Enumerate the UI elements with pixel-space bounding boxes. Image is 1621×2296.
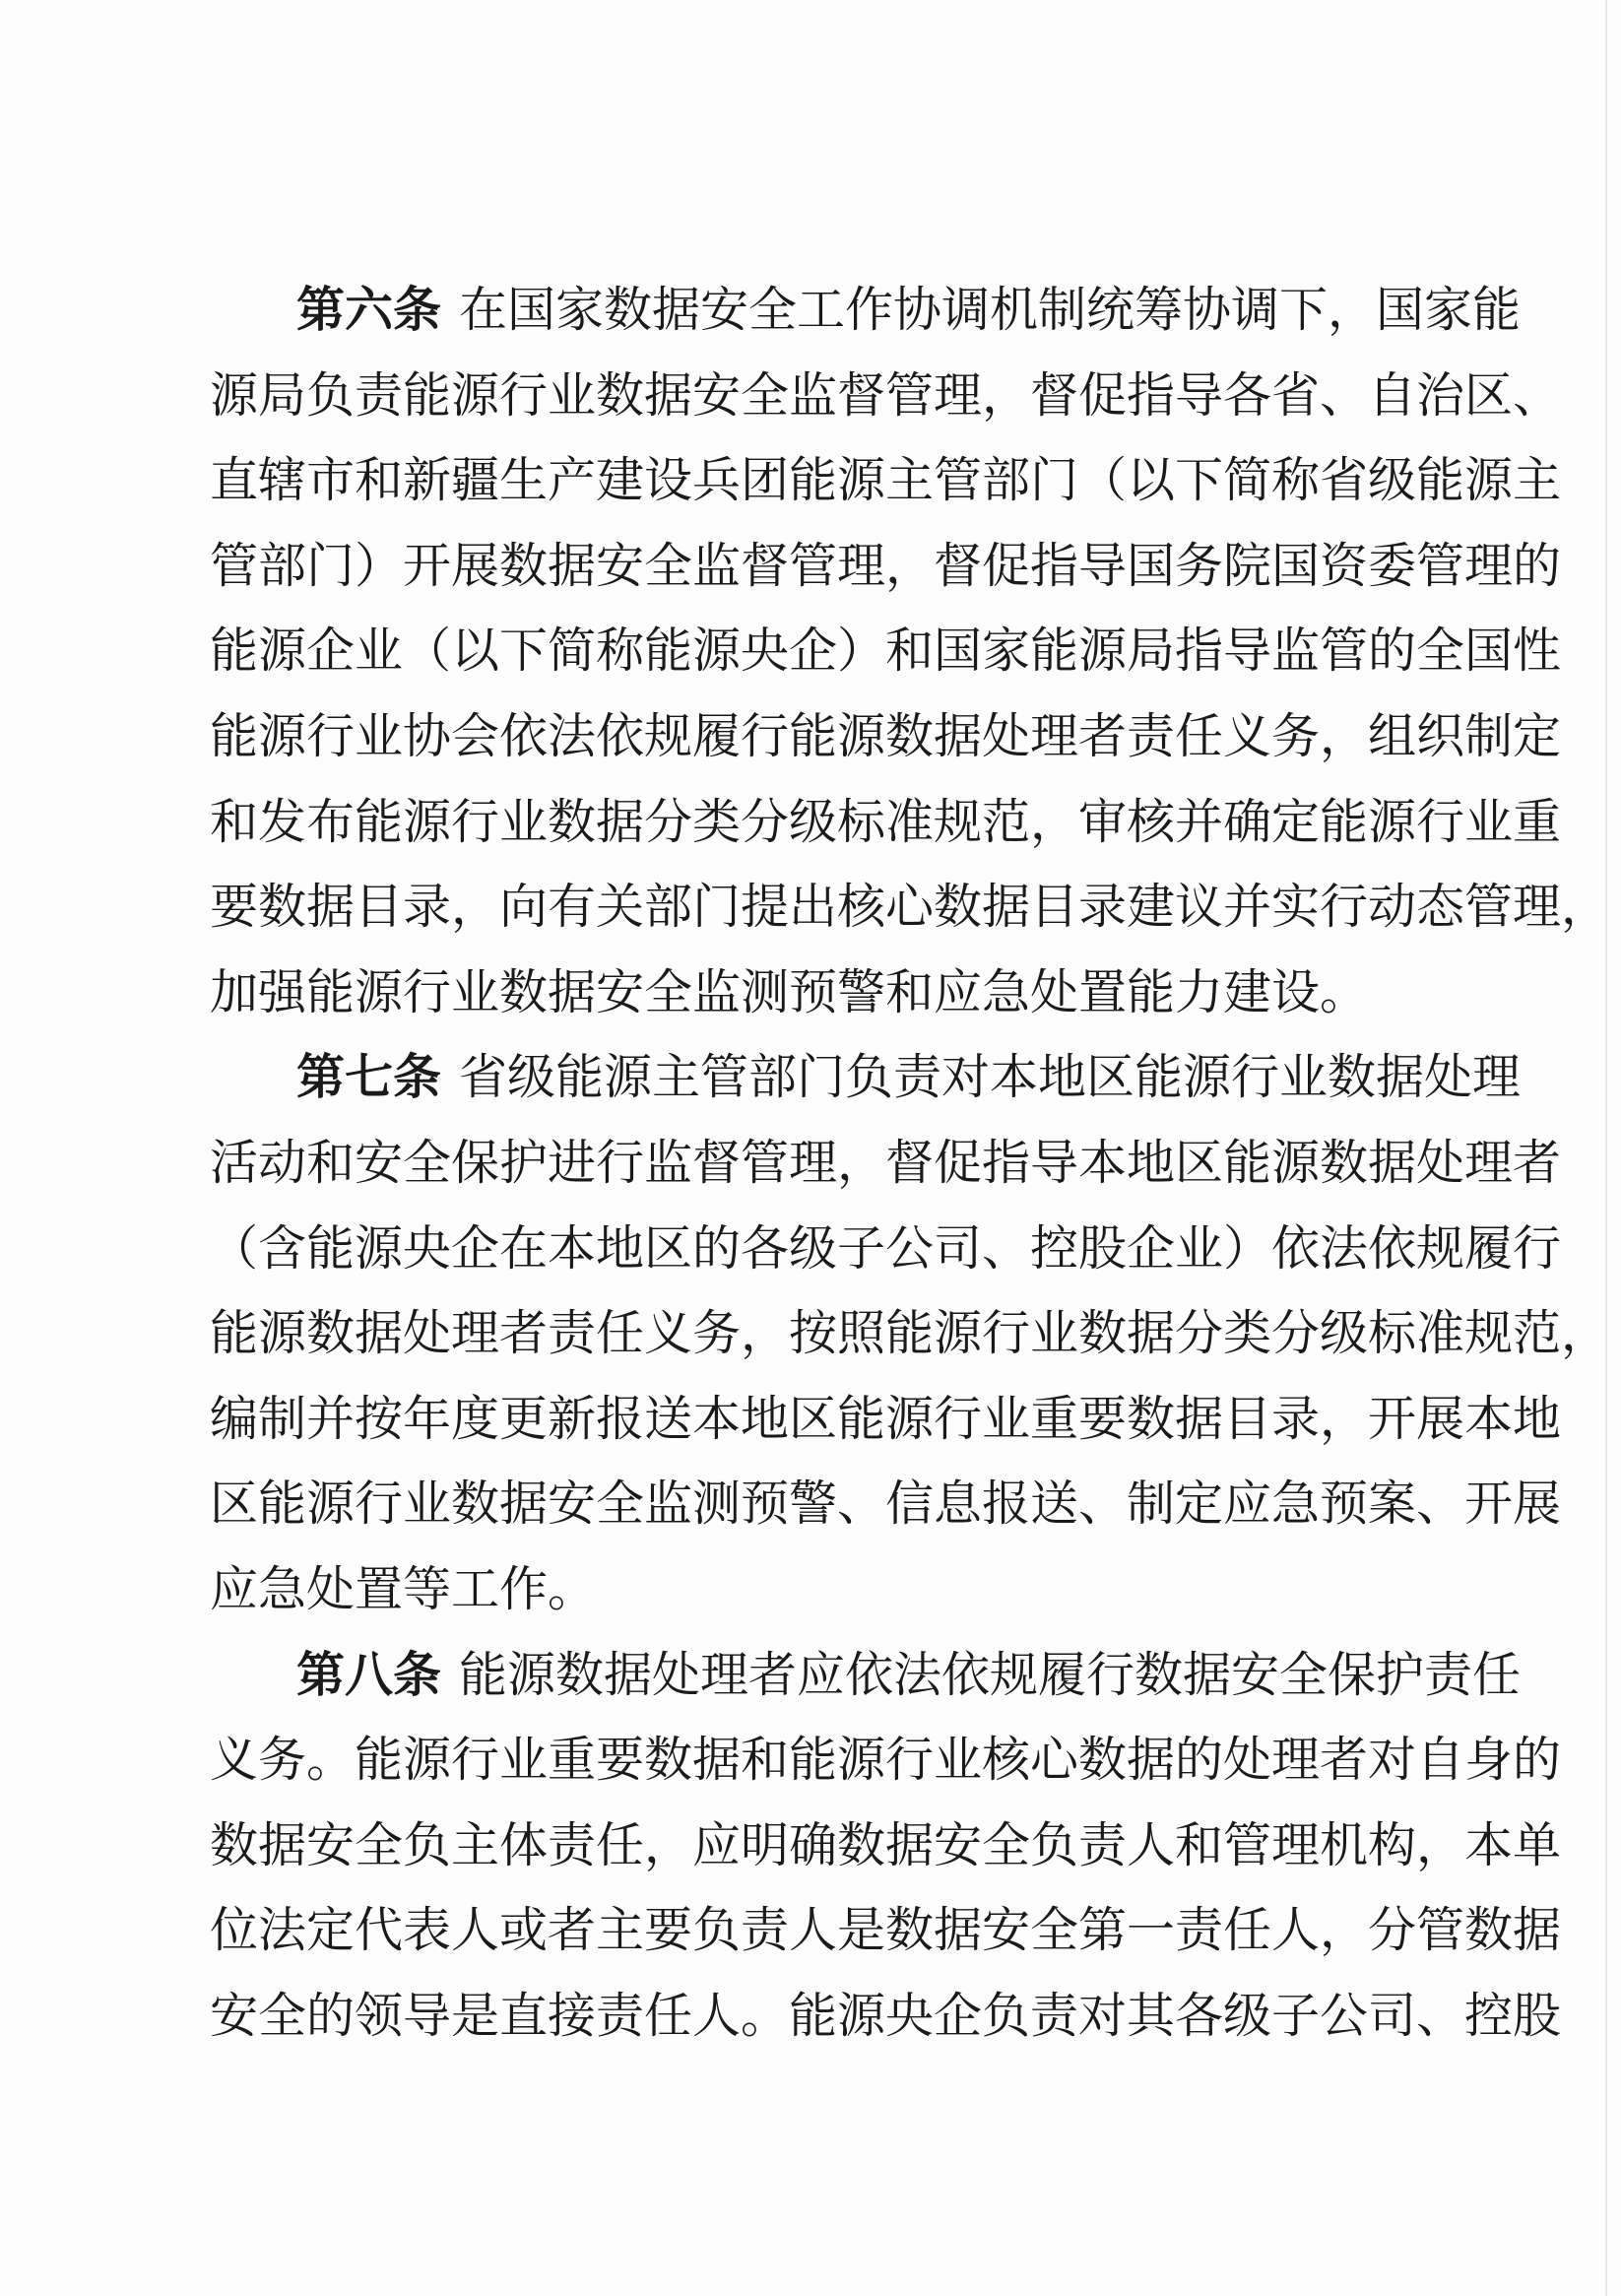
article-line: 能源行业协会依法依规履行能源数据处理者责任义务，组织制定 <box>210 694 1413 780</box>
article-title: 第八条 <box>296 1647 441 1703</box>
article-line: 义务。能源行业重要数据和能源行业核心数据的处理者对自身的 <box>210 1718 1413 1804</box>
article-line: 应急处置等工作。 <box>210 1547 1413 1633</box>
article-line: 加强能源行业数据安全监测预警和应急处置能力建设。 <box>210 951 1413 1036</box>
article-line: （含能源央企在本地区的各级子公司、控股企业）依法依规履行 <box>210 1207 1413 1292</box>
article-line: 安全的领导是直接责任人。能源央企负责对其各级子公司、控股 <box>210 1974 1413 2060</box>
article-line: 活动和安全保护进行监督管理，督促指导本地区能源数据处理者 <box>210 1121 1413 1207</box>
article-line: 区能源行业数据安全监测预警、信息报送、制定应急预案、开展 <box>210 1462 1413 1547</box>
article-line: 第六条在国家数据安全工作协调机制统筹协调下，国家能 <box>210 268 1413 354</box>
article-line: 要数据目录，向有关部门提出核心数据目录建议并实行动态管理， <box>210 865 1413 951</box>
article-title: 第六条 <box>296 282 441 338</box>
article-line: 第七条省级能源主管部门负责对本地区能源行业数据处理 <box>210 1035 1413 1121</box>
article-text: 省级能源主管部门负责对本地区能源行业数据处理 <box>459 1049 1521 1105</box>
article-line: 源局负责能源行业数据安全监督管理，督促指导各省、自治区、 <box>210 354 1413 439</box>
article-6: 第六条在国家数据安全工作协调机制统筹协调下，国家能 源局负责能源行业数据安全监督… <box>210 268 1413 1035</box>
article-line: 位法定代表人或者主要负责人是数据安全第一责任人，分管数据 <box>210 1888 1413 1974</box>
article-line: 管部门）开展数据安全监督管理，督促指导国务院国资委管理的 <box>210 524 1413 610</box>
article-8: 第八条能源数据处理者应依法依规履行数据安全保护责任 义务。能源行业重要数据和能源… <box>210 1633 1413 2060</box>
article-title: 第七条 <box>296 1049 441 1105</box>
article-text: 能源数据处理者应依法依规履行数据安全保护责任 <box>459 1647 1521 1703</box>
scan-edge <box>1605 0 1607 2296</box>
document-body: 第六条在国家数据安全工作协调机制统筹协调下，国家能 源局负责能源行业数据安全监督… <box>210 268 1413 2059</box>
article-line: 编制并按年度更新报送本地区能源行业重要数据目录，开展本地 <box>210 1377 1413 1463</box>
article-line: 直辖市和新疆生产建设兵团能源主管部门（以下简称省级能源主 <box>210 438 1413 524</box>
article-7: 第七条省级能源主管部门负责对本地区能源行业数据处理 活动和安全保护进行监督管理，… <box>210 1035 1413 1632</box>
article-line: 能源企业（以下简称能源央企）和国家能源局指导监管的全国性 <box>210 609 1413 694</box>
article-text: 在国家数据安全工作协调机制统筹协调下，国家能 <box>459 282 1521 338</box>
article-line: 和发布能源行业数据分类分级标准规范，审核并确定能源行业重 <box>210 780 1413 866</box>
article-line: 数据安全负主体责任，应明确数据安全负责人和管理机构，本单 <box>210 1804 1413 1889</box>
article-line: 第八条能源数据处理者应依法依规履行数据安全保护责任 <box>210 1633 1413 1719</box>
article-line: 能源数据处理者责任义务，按照能源行业数据分类分级标准规范， <box>210 1291 1413 1377</box>
